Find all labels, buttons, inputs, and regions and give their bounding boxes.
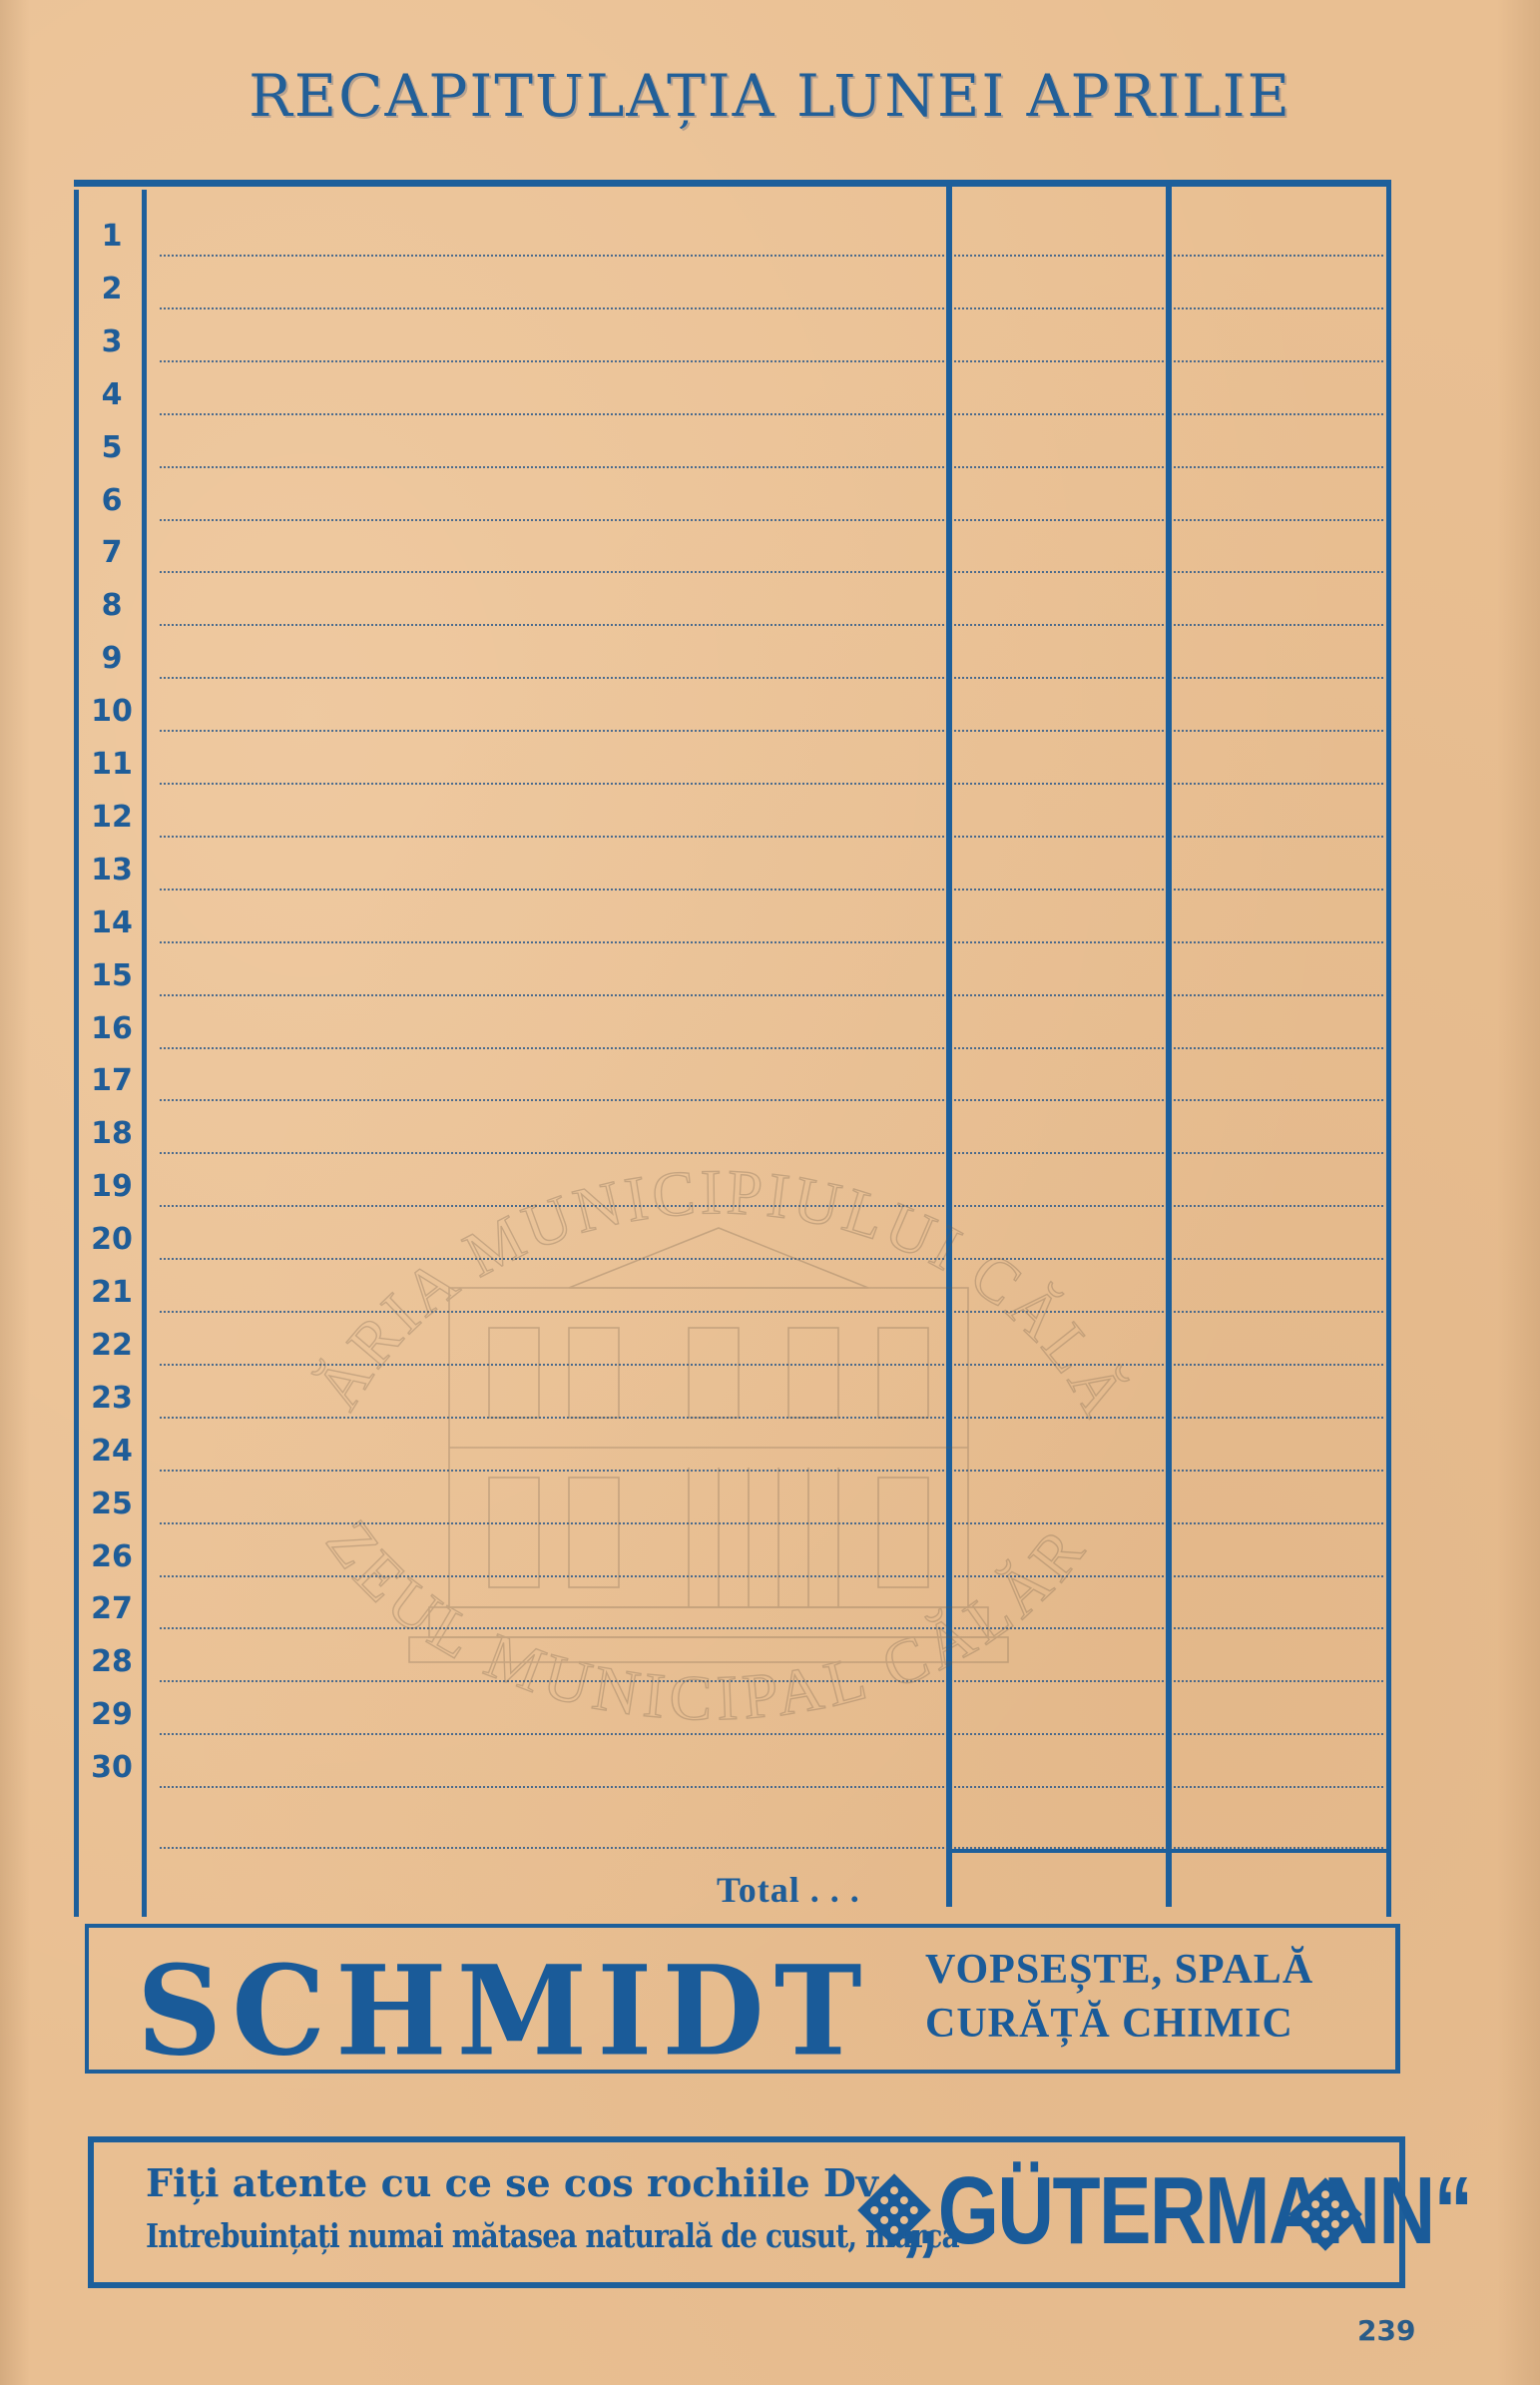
row-description-field[interactable] — [160, 1311, 944, 1313]
row-amount-1-field[interactable] — [954, 994, 1164, 996]
row-number: 20 — [82, 1222, 142, 1257]
amount-column-divider-1 — [946, 186, 952, 1907]
row-description-field[interactable] — [160, 1786, 944, 1788]
row-amount-1-field[interactable] — [954, 783, 1164, 785]
row-amount-1-field[interactable] — [954, 1627, 1164, 1629]
row-description-field[interactable] — [160, 994, 944, 996]
row-description-field[interactable] — [160, 1258, 944, 1260]
row-amount-2-field[interactable] — [1174, 360, 1383, 362]
row-amount-2-field[interactable] — [1174, 1152, 1383, 1154]
row-amount-2-field[interactable] — [1174, 624, 1383, 626]
row-description-field[interactable] — [160, 836, 944, 838]
row-amount-1-field[interactable] — [954, 677, 1164, 679]
row-description-field[interactable] — [160, 889, 944, 891]
row-description-field[interactable] — [160, 783, 944, 785]
row-number: 10 — [82, 694, 142, 729]
row-amount-2-field[interactable] — [1174, 1680, 1383, 1682]
row-number: 15 — [82, 958, 142, 993]
row-description-field[interactable] — [160, 360, 944, 362]
row-amount-1-field[interactable] — [954, 1417, 1164, 1419]
row-number: 3 — [82, 324, 142, 359]
row-description-field[interactable] — [160, 413, 944, 415]
row-amount-2-field[interactable] — [1174, 730, 1383, 732]
row-number: 25 — [82, 1487, 142, 1521]
row-amount-1-field[interactable] — [954, 836, 1164, 838]
row-description-field[interactable] — [160, 1099, 944, 1101]
row-amount-1-field[interactable] — [954, 730, 1164, 732]
row-amount-1-field[interactable] — [954, 1205, 1164, 1207]
schmidt-brand-name: SCHMIDT — [137, 1938, 872, 2084]
row-amount-1-field[interactable] — [954, 1680, 1164, 1682]
row-number: 9 — [82, 641, 142, 676]
row-amount-2-field[interactable] — [1174, 255, 1383, 257]
row-amount-1-field[interactable] — [954, 1047, 1164, 1049]
row-description-field[interactable] — [160, 1627, 944, 1629]
row-amount-1-field[interactable] — [954, 1786, 1164, 1788]
row-amount-2-field[interactable] — [1174, 1099, 1383, 1101]
row-number: 8 — [82, 588, 142, 623]
schmidt-tagline-1: VOPSEȘTE, SPALĂ — [925, 1946, 1313, 1994]
row-amount-1-field[interactable] — [954, 1522, 1164, 1524]
row-number: 21 — [82, 1275, 142, 1310]
row-number: 28 — [82, 1644, 142, 1679]
row-amount-1-field[interactable] — [954, 889, 1164, 891]
row-number: 22 — [82, 1328, 142, 1363]
row-amount-2-field[interactable] — [1174, 1522, 1383, 1524]
row-amount-2-field[interactable] — [1174, 1205, 1383, 1207]
row-amount-1-field[interactable] — [954, 1099, 1164, 1101]
row-amount-1-field[interactable] — [954, 466, 1164, 468]
row-description-field[interactable] — [160, 466, 944, 468]
row-description-field[interactable] — [160, 1470, 944, 1472]
row-amount-2-field[interactable] — [1174, 1311, 1383, 1313]
row-description-field[interactable] — [160, 1733, 944, 1735]
schmidt-advertisement: SCHMIDT VOPSEȘTE, SPALĂ CURĂȚĂ CHIMIC — [85, 1924, 1400, 2074]
row-amount-2-field[interactable] — [1174, 571, 1383, 573]
row-amount-1-field[interactable] — [954, 624, 1164, 626]
row-amount-2-field[interactable] — [1174, 413, 1383, 415]
gutermann-advertisement: Fiți atente cu ce se cos rochiile Dv. In… — [88, 2136, 1405, 2288]
row-amount-2-field[interactable] — [1174, 1258, 1383, 1260]
row-amount-1-field[interactable] — [954, 941, 1164, 943]
amount-column-divider-2 — [1166, 186, 1172, 1907]
total-amount-2[interactable] — [1174, 1859, 1383, 1909]
row-number: 17 — [82, 1063, 142, 1098]
row-description-field[interactable] — [160, 624, 944, 626]
row-description-field[interactable] — [160, 941, 944, 943]
row-number: 24 — [82, 1434, 142, 1469]
row-amount-2-field[interactable] — [1174, 1786, 1383, 1788]
row-number: 6 — [82, 483, 142, 518]
row-amount-1-field[interactable] — [954, 1364, 1164, 1366]
row-amount-2-field[interactable] — [1174, 519, 1383, 521]
row-amount-1-field[interactable] — [954, 1258, 1164, 1260]
row-amount-1-field[interactable] — [954, 519, 1164, 521]
total-separator-1 — [952, 1849, 1166, 1853]
row-description-field[interactable] — [160, 519, 944, 521]
row-description-field[interactable] — [160, 1205, 944, 1207]
row-description-field[interactable] — [160, 255, 944, 257]
row-description-field[interactable] — [160, 677, 944, 679]
row-amount-1-field[interactable] — [954, 1575, 1164, 1577]
row-amount-2-field[interactable] — [1174, 941, 1383, 943]
row-amount-2-field[interactable] — [1174, 1733, 1383, 1735]
row-number: 26 — [82, 1539, 142, 1574]
gutermann-line-2: Intrebuințați numai mătasea naturală de … — [146, 2216, 959, 2255]
row-amount-1-field[interactable] — [954, 1733, 1164, 1735]
gutermann-brand: „GÜTERMANN“ — [900, 2156, 1471, 2266]
row-amount-2-field[interactable] — [1174, 1047, 1383, 1049]
row-amount-1-field[interactable] — [954, 413, 1164, 415]
row-number: 14 — [82, 905, 142, 940]
row-amount-2-field[interactable] — [1174, 1364, 1383, 1366]
row-description-field[interactable] — [160, 1522, 944, 1524]
row-amount-1-field[interactable] — [954, 1470, 1164, 1472]
row-description-field[interactable] — [160, 1417, 944, 1419]
total-separator-2 — [1172, 1849, 1387, 1853]
row-amount-2-field[interactable] — [1174, 1417, 1383, 1419]
row-number: 27 — [82, 1591, 142, 1626]
row-description-field[interactable] — [160, 1047, 944, 1049]
page-title: RECAPITULAȚIA LUNEI APRILIE — [0, 62, 1540, 130]
row-description-field[interactable] — [160, 730, 944, 732]
row-description-field[interactable] — [160, 1575, 944, 1577]
row-amount-1-field[interactable] — [954, 1311, 1164, 1313]
row-amount-1-field[interactable] — [954, 360, 1164, 362]
row-number: 23 — [82, 1381, 142, 1416]
row-amount-2-field[interactable] — [1174, 836, 1383, 838]
row-description-field[interactable] — [160, 1152, 944, 1154]
row-amount-2-field[interactable] — [1174, 466, 1383, 468]
row-amount-1-field[interactable] — [954, 1152, 1164, 1154]
row-amount-2-field[interactable] — [1174, 1575, 1383, 1577]
row-amount-1-field[interactable] — [954, 571, 1164, 573]
row-number: 4 — [82, 377, 142, 412]
row-amount-2-field[interactable] — [1174, 994, 1383, 996]
total-amount-1[interactable] — [954, 1859, 1164, 1909]
gutermann-line-1: Fiți atente cu ce se cos rochiile Dv. — [146, 2160, 887, 2205]
row-amount-2-field[interactable] — [1174, 307, 1383, 309]
row-number: 16 — [82, 1011, 142, 1046]
row-number: 19 — [82, 1169, 142, 1204]
row-number: 7 — [82, 535, 142, 570]
row-amount-2-field[interactable] — [1174, 783, 1383, 785]
row-amount-2-field[interactable] — [1174, 889, 1383, 891]
row-number: 2 — [82, 272, 142, 306]
number-column-divider — [142, 190, 147, 1917]
row-amount-2-field[interactable] — [1174, 1627, 1383, 1629]
row-number: 11 — [82, 747, 142, 782]
row-description-field[interactable] — [160, 307, 944, 309]
total-label: Total . . . — [717, 1869, 860, 1911]
row-number: 29 — [82, 1697, 142, 1732]
row-number: 1 — [82, 219, 142, 254]
row-number: 12 — [82, 800, 142, 835]
row-description-field[interactable] — [160, 571, 944, 573]
row-amount-2-field[interactable] — [1174, 677, 1383, 679]
row-number: 5 — [82, 430, 142, 465]
table-left-border — [74, 190, 79, 1917]
row-amount-2-field[interactable] — [1174, 1470, 1383, 1472]
row-number: 13 — [82, 853, 142, 888]
row-number: 18 — [82, 1116, 142, 1151]
page-number: 239 — [1357, 2314, 1415, 2347]
row-amount-1-field[interactable] — [954, 307, 1164, 309]
row-amount-1-field[interactable] — [954, 255, 1164, 257]
row-description-field[interactable] — [160, 1364, 944, 1366]
row-description-field[interactable] — [160, 1680, 944, 1682]
row-number: 30 — [82, 1750, 142, 1785]
schmidt-tagline-2: CURĂȚĂ CHIMIC — [925, 2000, 1293, 2048]
